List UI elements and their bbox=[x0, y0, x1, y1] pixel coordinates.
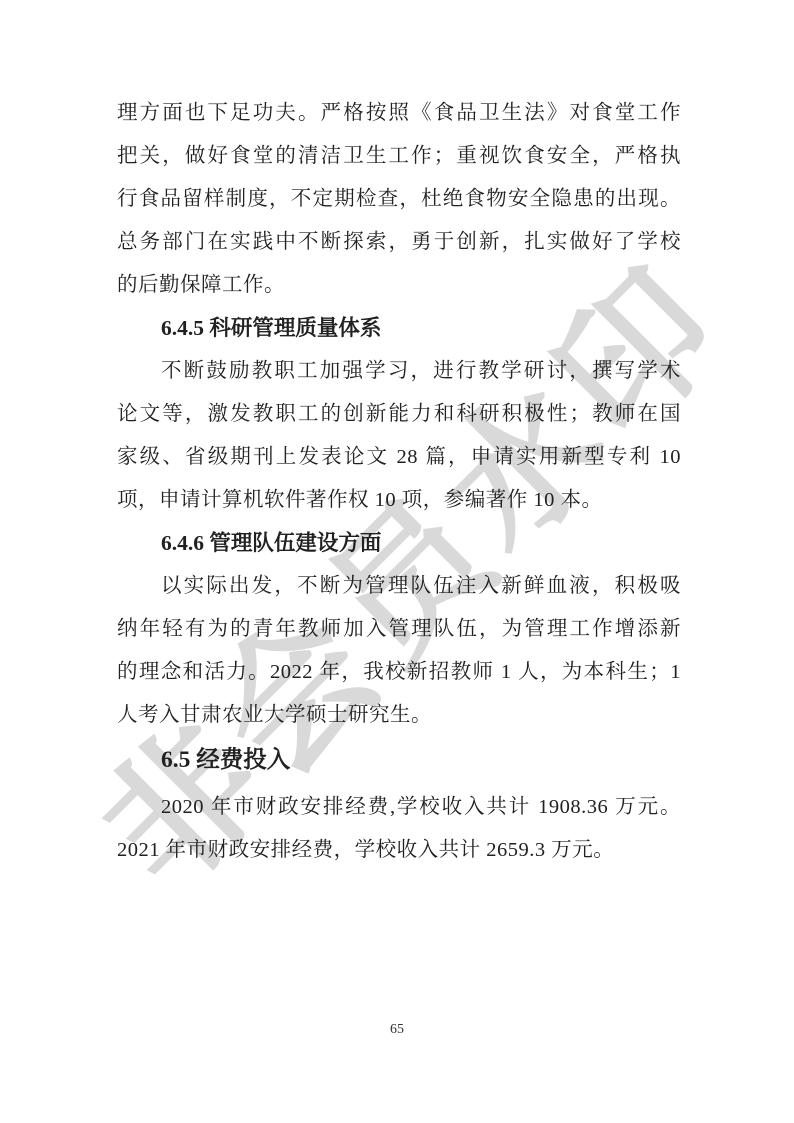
paragraph: 理方面也下足功夫。严格按照《食品卫生法》对食堂工作把关，做好食堂的清洁卫生工作；… bbox=[117, 92, 681, 307]
paragraph-line: 2020 年市财政安排经费,学校收入共计 1908.36 万元。 bbox=[117, 786, 681, 829]
paragraph-line: 项，申请计算机软件著作权 10 项，参编著作 10 本。 bbox=[117, 479, 681, 522]
paragraph-line: 以实际出发，不断为管理队伍注入新鲜血液，积极吸 bbox=[117, 565, 681, 608]
section-heading: 6.4.5 科研管理质量体系 bbox=[117, 307, 681, 350]
paragraph-line: 总务部门在实践中不断探索，勇于创新，扎实做好了学校 bbox=[117, 221, 681, 264]
document-page: 非会员水印 理方面也下足功夫。严格按照《食品卫生法》对食堂工作把关，做好食堂的清… bbox=[0, 0, 794, 1123]
paragraph-line: 论文等，激发教职工的创新能力和科研积极性；教师在国 bbox=[117, 393, 681, 436]
paragraph-line: 理方面也下足功夫。严格按照《食品卫生法》对食堂工作 bbox=[117, 92, 681, 135]
paragraph-line: 纳年轻有为的青年教师加入管理队伍，为管理工作增添新 bbox=[117, 608, 681, 651]
paragraph: 2020 年市财政安排经费,学校收入共计 1908.36 万元。2021 年市财… bbox=[117, 786, 681, 872]
paragraph-line: 的后勤保障工作。 bbox=[117, 264, 681, 307]
page-footer: 65 bbox=[0, 1020, 794, 1038]
paragraph-line: 行食品留样制度，不定期检查，杜绝食物安全隐患的出现。 bbox=[117, 178, 681, 221]
section-heading: 6.4.6 管理队伍建设方面 bbox=[117, 522, 681, 565]
paragraph-line: 的理念和活力。2022 年，我校新招教师 1 人，为本科生；1 bbox=[117, 651, 681, 694]
paragraph-line: 把关，做好食堂的清洁卫生工作；重视饮食安全，严格执 bbox=[117, 135, 681, 178]
paragraph-line: 不断鼓励教职工加强学习，进行教学研讨，撰写学术 bbox=[117, 350, 681, 393]
paragraph: 以实际出发，不断为管理队伍注入新鲜血液，积极吸纳年轻有为的青年教师加入管理队伍，… bbox=[117, 565, 681, 737]
paragraph-line: 人考入甘肃农业大学硕士研究生。 bbox=[117, 694, 681, 737]
page-number: 65 bbox=[390, 1022, 404, 1037]
section-heading: 6.5 经费投入 bbox=[117, 737, 681, 783]
document-content: 理方面也下足功夫。严格按照《食品卫生法》对食堂工作把关，做好食堂的清洁卫生工作；… bbox=[117, 92, 681, 872]
paragraph-line: 2021 年市财政安排经费，学校收入共计 2659.3 万元。 bbox=[117, 829, 681, 872]
paragraph-line: 家级、省级期刊上发表论文 28 篇，申请实用新型专利 10 bbox=[117, 436, 681, 479]
paragraph: 不断鼓励教职工加强学习，进行教学研讨，撰写学术论文等，激发教职工的创新能力和科研… bbox=[117, 350, 681, 522]
